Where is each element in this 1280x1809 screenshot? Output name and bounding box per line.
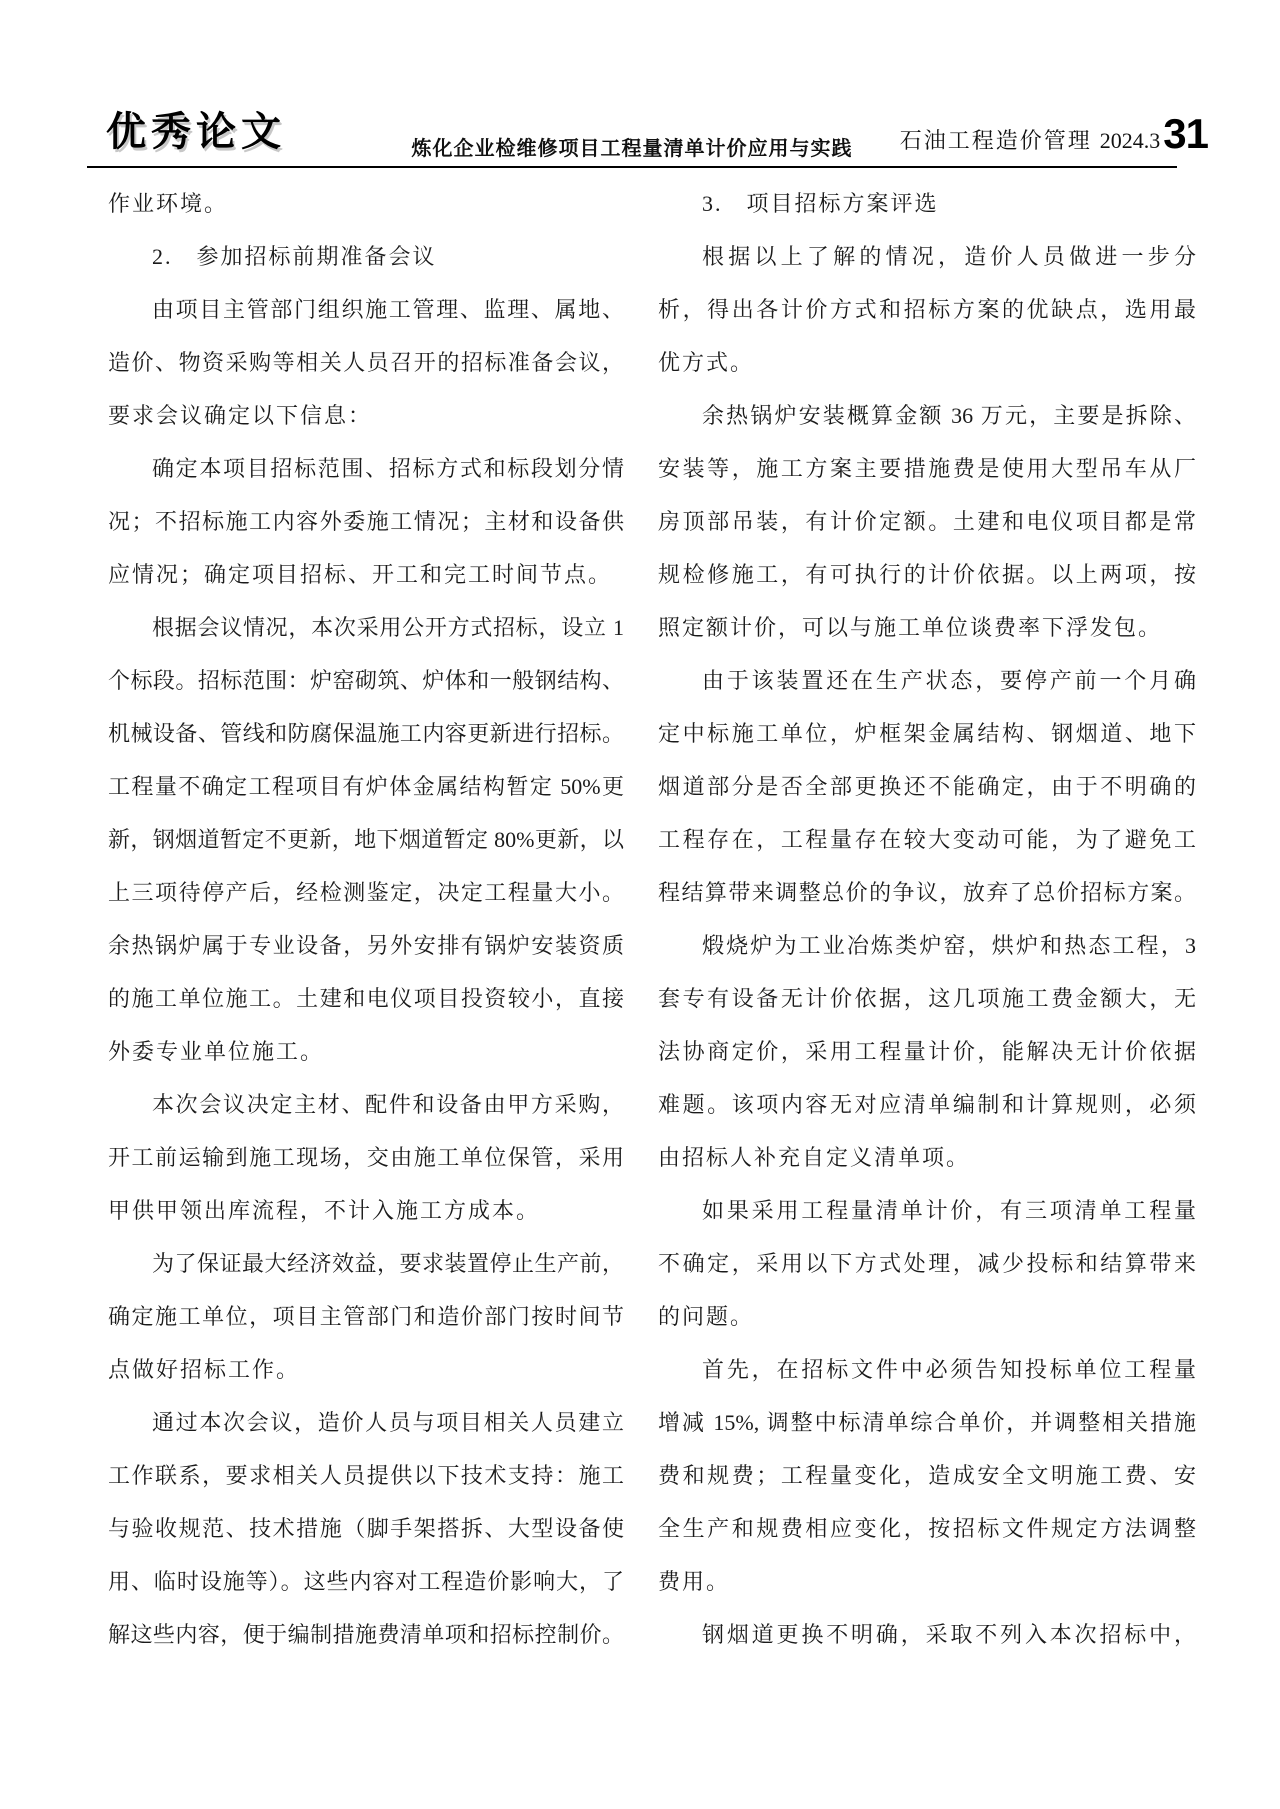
text-line: 法协商定价，采用工程量计价，能解决无计价依据: [658, 1025, 1196, 1078]
text-line: 点做好招标工作。: [108, 1343, 624, 1396]
left-column: 作业环境。2. 参加招标前期准备会议由项目主管部门组织施工管理、监理、属地、造价…: [108, 177, 624, 1661]
text-line: 余热锅炉安装概算金额 36 万元，主要是拆除、: [658, 389, 1196, 442]
text-line: 根据会议情况，本次采用公开方式招标，设立 1: [108, 601, 624, 654]
text-line: 通过本次会议，造价人员与项目相关人员建立: [108, 1396, 624, 1449]
text-line: 工程存在，工程量存在较大变动可能，为了避免工: [658, 813, 1196, 866]
text-line: 个标段。招标范围：炉窑砌筑、炉体和一般钢结构、: [108, 654, 624, 707]
text-line: 2. 参加招标前期准备会议: [108, 230, 624, 283]
text-line: 套专有设备无计价依据，这几项施工费金额大，无: [658, 972, 1196, 1025]
text-line: 确定施工单位，项目主管部门和造价部门按时间节: [108, 1290, 624, 1343]
header-rule: [87, 166, 1177, 168]
text-line: 作业环境。: [108, 177, 624, 230]
text-line: 规检修施工，有可执行的计价依据。以上两项，按: [658, 548, 1196, 601]
text-line: 照定额计价，可以与施工单位谈费率下浮发包。: [658, 601, 1196, 654]
text-line: 优方式。: [658, 336, 1196, 389]
text-line: 本次会议决定主材、配件和设备由甲方采购，: [108, 1078, 624, 1131]
text-line: 难题。该项内容无对应清单编制和计算规则，必须: [658, 1078, 1196, 1131]
text-line: 首先，在招标文件中必须告知投标单位工程量: [658, 1343, 1196, 1396]
text-line: 不确定，采用以下方式处理，减少投标和结算带来: [658, 1237, 1196, 1290]
issue-number: 2024.3: [1100, 128, 1161, 154]
text-line: 应情况；确定项目招标、开工和完工时间节点。: [108, 548, 624, 601]
text-line: 根据以上了解的情况，造价人员做进一步分: [658, 230, 1196, 283]
text-line: 全生产和规费相应变化，按招标文件规定方法调整: [658, 1502, 1196, 1555]
article-title: 炼化企业检维修项目工程量清单计价应用与实践: [412, 136, 853, 162]
text-line: 与验收规范、技术措施（脚手架搭拆、大型设备使: [108, 1502, 624, 1555]
text-line: 析，得出各计价方式和招标方案的优缺点，选用最: [658, 283, 1196, 336]
page: 优秀论文 炼化企业检维修项目工程量清单计价应用与实践 石油工程造价管理 2024…: [0, 0, 1280, 1809]
text-line: 外委专业单位施工。: [108, 1025, 624, 1078]
text-line: 况；不招标施工内容外委施工情况；主材和设备供: [108, 495, 624, 548]
text-line: 安装等，施工方案主要措施费是使用大型吊车从厂: [658, 442, 1196, 495]
text-line: 费用。: [658, 1555, 1196, 1608]
text-line: 的问题。: [658, 1290, 1196, 1343]
text-line: 钢烟道更换不明确，采取不列入本次招标中，: [658, 1608, 1196, 1661]
text-line: 程结算带来调整总价的争议，放弃了总价招标方案。: [658, 866, 1196, 919]
text-line: 定中标施工单位，炉框架金属结构、钢烟道、地下: [658, 707, 1196, 760]
text-line: 余热锅炉属于专业设备，另外安排有锅炉安装资质: [108, 919, 624, 972]
text-line: 造价、物资采购等相关人员召开的招标准备会议，: [108, 336, 624, 389]
text-line: 由招标人补充自定义清单项。: [658, 1131, 1196, 1184]
text-line: 煅烧炉为工业冶炼类炉窑，烘炉和热态工程，3: [658, 919, 1196, 972]
page-number: 31: [1163, 110, 1208, 158]
journal-header: 石油工程造价管理 2024.3 31: [900, 110, 1208, 158]
text-line: 新，钢烟道暂定不更新，地下烟道暂定 80%更新，以: [108, 813, 624, 866]
text-line: 解这些内容，便于编制措施费清单项和招标控制价。: [108, 1608, 624, 1661]
text-line: 为了保证最大经济效益，要求装置停止生产前，: [108, 1237, 624, 1290]
text-line: 增减 15%, 调整中标清单综合单价，并调整相关措施: [658, 1396, 1196, 1449]
text-line: 房顶部吊装，有计价定额。土建和电仪项目都是常: [658, 495, 1196, 548]
text-line: 3. 项目招标方案评选: [658, 177, 1196, 230]
journal-name: 石油工程造价管理: [900, 124, 1092, 155]
text-line: 要求会议确定以下信息：: [108, 389, 624, 442]
section-label: 优秀论文: [106, 106, 286, 158]
text-line: 如果采用工程量清单计价，有三项清单工程量: [658, 1184, 1196, 1237]
text-line: 开工前运输到施工现场，交由施工单位保管，采用: [108, 1131, 624, 1184]
text-line: 由项目主管部门组织施工管理、监理、属地、: [108, 283, 624, 336]
text-line: 烟道部分是否全部更换还不能确定，由于不明确的: [658, 760, 1196, 813]
text-line: 的施工单位施工。土建和电仪项目投资较小，直接: [108, 972, 624, 1025]
text-line: 由于该装置还在生产状态，要停产前一个月确: [658, 654, 1196, 707]
text-line: 费和规费；工程量变化，造成安全文明施工费、安: [658, 1449, 1196, 1502]
text-line: 工程量不确定工程项目有炉体金属结构暂定 50%更: [108, 760, 624, 813]
text-line: 上三项待停产后，经检测鉴定，决定工程量大小。: [108, 866, 624, 919]
right-column: 3. 项目招标方案评选根据以上了解的情况，造价人员做进一步分析，得出各计价方式和…: [658, 177, 1196, 1661]
text-line: 用、临时设施等）。这些内容对工程造价影响大，了: [108, 1555, 624, 1608]
text-line: 机械设备、管线和防腐保温施工内容更新进行招标。: [108, 707, 624, 760]
text-line: 工作联系，要求相关人员提供以下技术支持：施工: [108, 1449, 624, 1502]
text-line: 甲供甲领出库流程，不计入施工方成本。: [108, 1184, 624, 1237]
text-line: 确定本项目招标范围、招标方式和标段划分情: [108, 442, 624, 495]
